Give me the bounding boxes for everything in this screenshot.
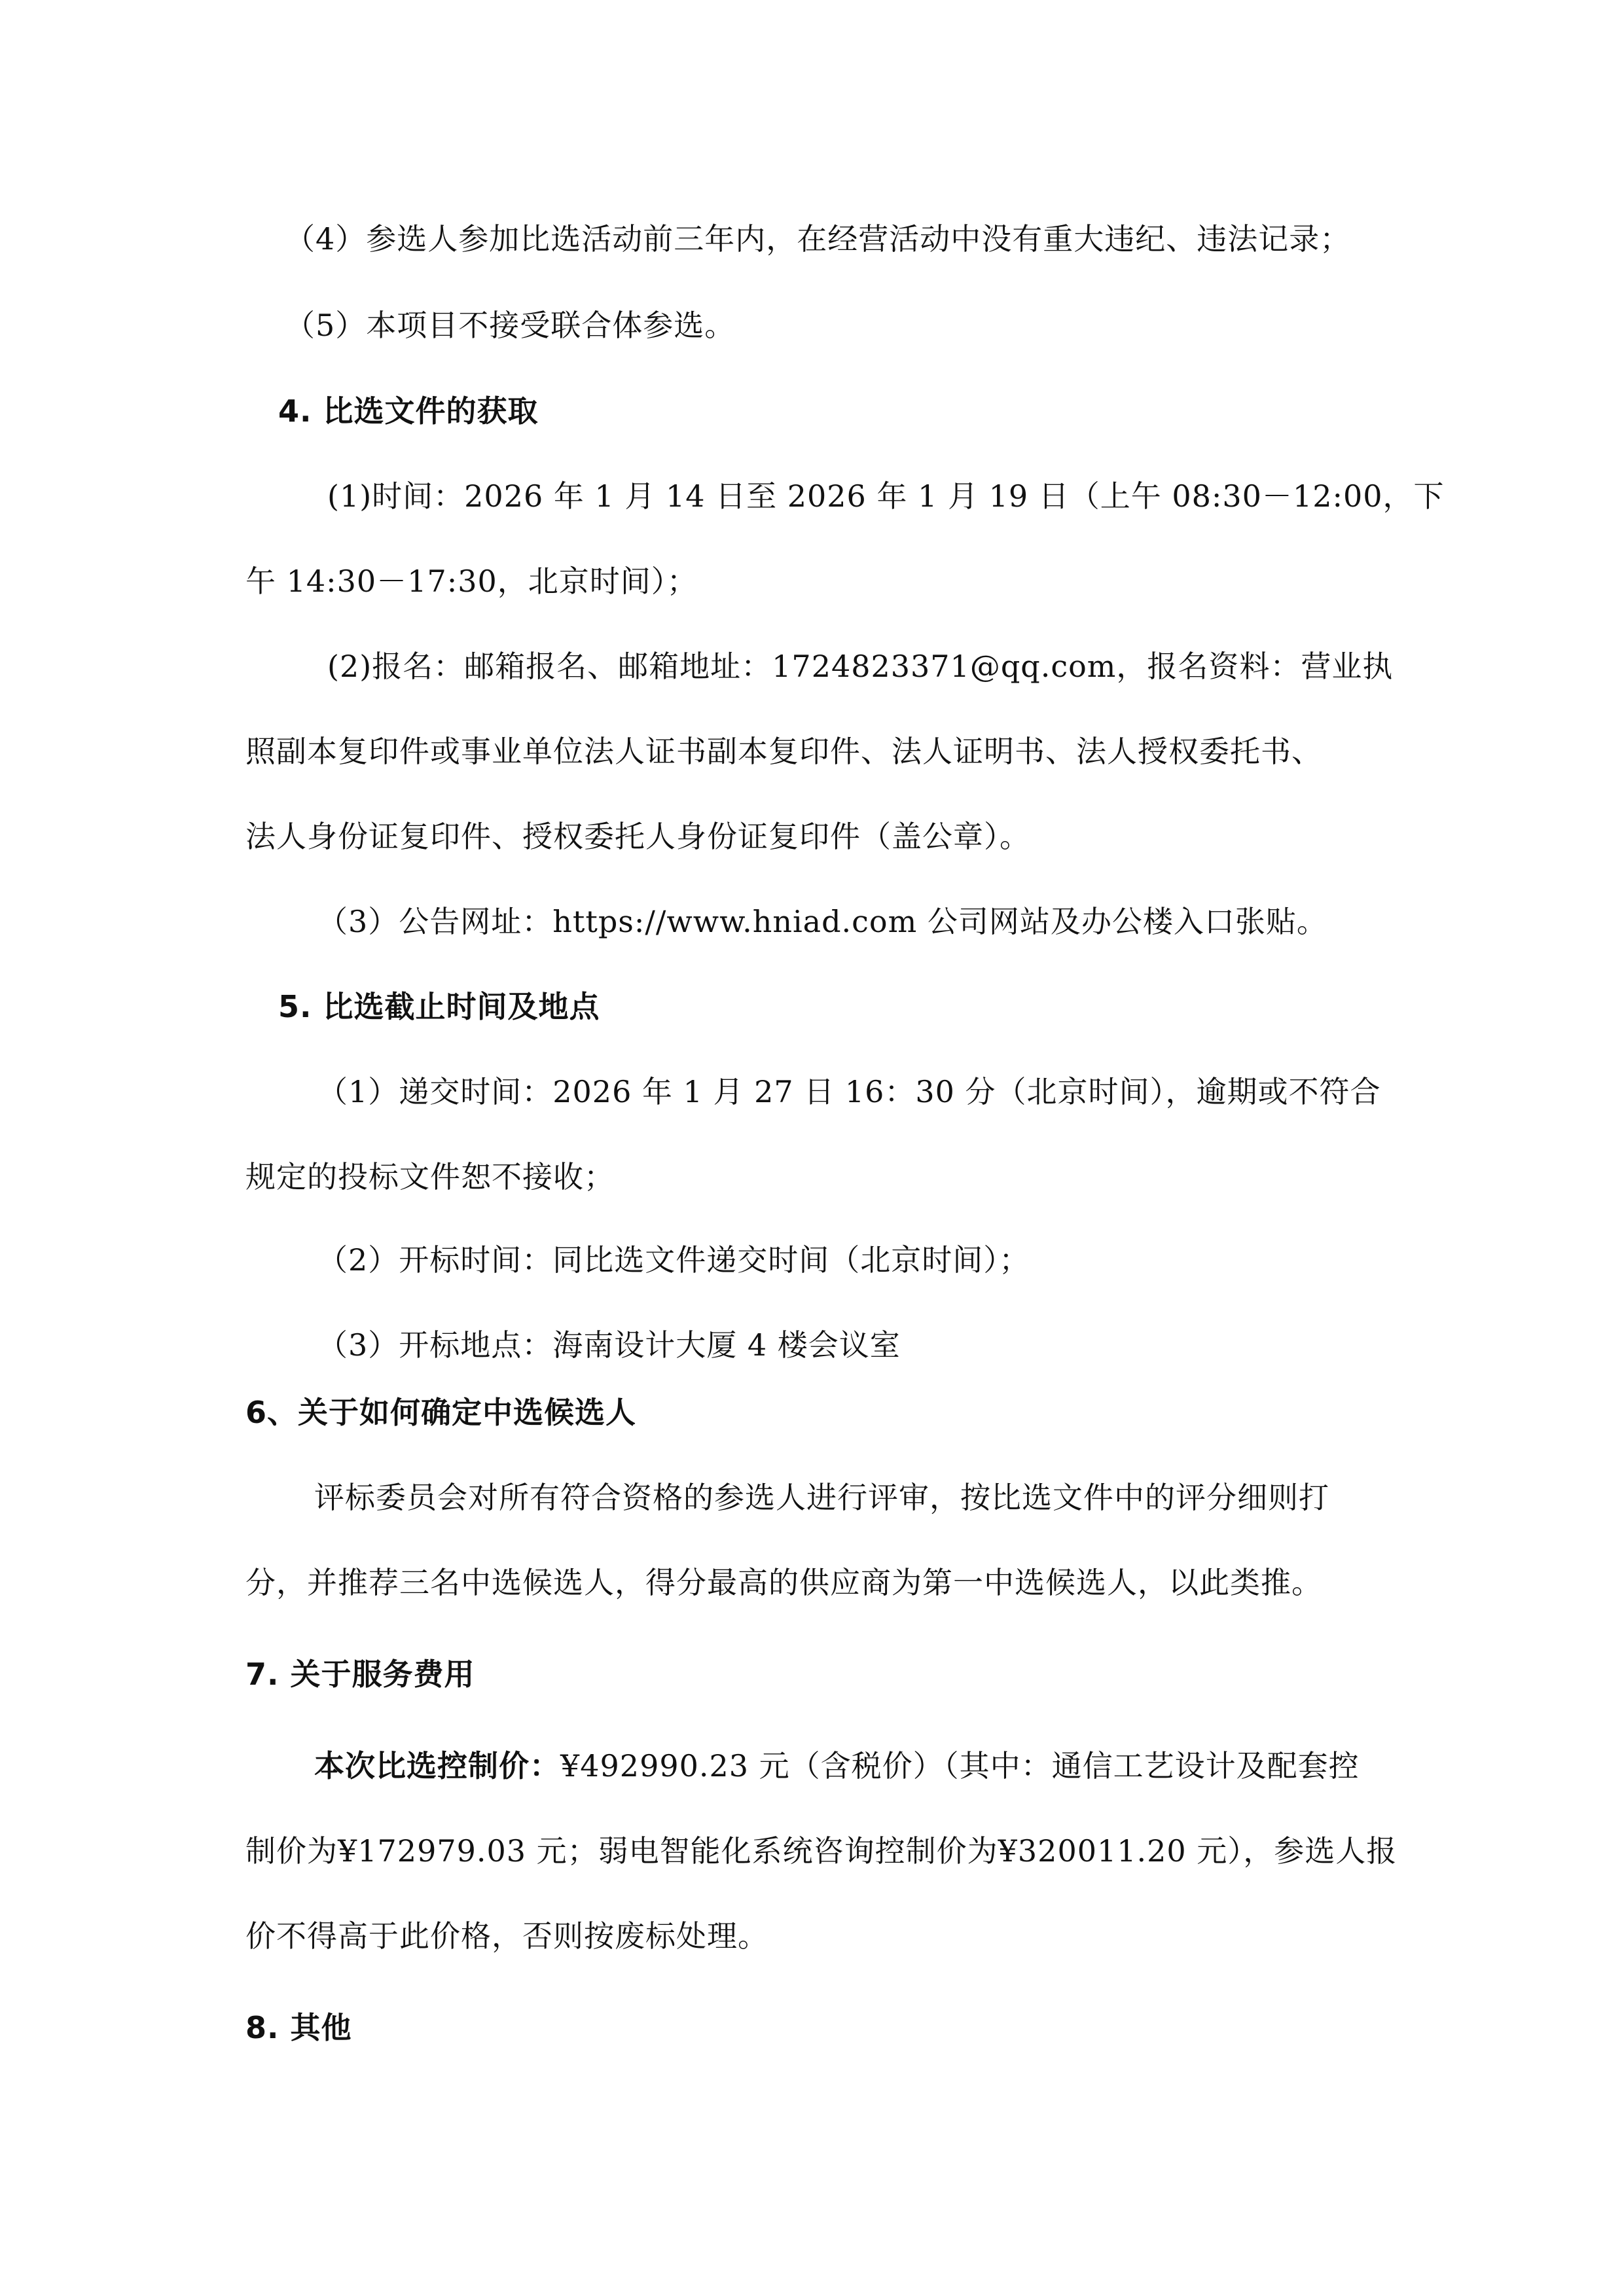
qualification-item-5: （5）本项目不接受联合体参选。 xyxy=(285,306,735,345)
s6-para-line2: 分，并推荐三名中选候选人，得分最高的供应商为第一中选候选人，以此类推。 xyxy=(245,1563,1322,1602)
s7-para-line2: 制价为¥172979.03 元；弱电智能化系统咨询控制价为¥320011.20 … xyxy=(245,1831,1397,1871)
s4-item2-line3: 法人身份证复印件、授权委托人身份证复印件（盖公章）。 xyxy=(245,817,1030,856)
s6-para-line1: 评标委员会对所有符合资格的参选人进行评审，按比选文件中的评分细则打 xyxy=(314,1478,1329,1517)
s5-item1-line1: （1）递交时间：2026 年 1 月 27 日 16：30 分（北京时间），逾期… xyxy=(317,1072,1381,1111)
s7-para-line3: 价不得高于此价格，否则按废标处理。 xyxy=(245,1916,768,1956)
s5-item3: （3）开标地点：海南设计大厦 4 楼会议室 xyxy=(317,1325,901,1365)
s4-item3: （3）公告网址：https://www.hniad.com 公司网站及办公楼入口… xyxy=(317,902,1327,941)
section-5-heading: 5. 比选截止时间及地点 xyxy=(278,987,600,1026)
s4-item2-line1: (2)报名：邮箱报名、邮箱地址：1724823371@qq.com，报名资料：营… xyxy=(327,647,1393,686)
s7-para-line1: 本次比选控制价：¥492990.23 元（含税价）（其中：通信工艺设计及配套控 xyxy=(314,1746,1360,1785)
s4-item1-line2: 午 14:30－17:30，北京时间）； xyxy=(245,562,698,601)
section-7-heading: 7. 关于服务费用 xyxy=(245,1655,475,1694)
section-8-heading: 8. 其他 xyxy=(245,2008,352,2047)
s5-item1-line2: 规定的投标文件恕不接收； xyxy=(245,1157,615,1196)
s4-item2-line2: 照副本复印件或事业单位法人证书副本复印件、法人证明书、法人授权委托书、 xyxy=(245,732,1322,771)
qualification-item-4: （4）参选人参加比选活动前三年内，在经营活动中没有重大违纪、违法记录； xyxy=(285,219,1350,259)
s4-item1-line1: (1)时间：2026 年 1 月 14 日至 2026 年 1 月 19 日（上… xyxy=(327,476,1445,516)
section-6-heading: 6、关于如何确定中选候选人 xyxy=(245,1393,636,1432)
control-price-value: ¥492990.23 元（含税价）（其中：通信工艺设计及配套控 xyxy=(560,1748,1360,1784)
s5-item2: （2）开标时间：同比选文件递交时间（北京时间）； xyxy=(317,1240,1030,1280)
control-price-label: 本次比选控制价： xyxy=(314,1748,560,1784)
section-4-heading: 4. 比选文件的获取 xyxy=(278,391,539,431)
